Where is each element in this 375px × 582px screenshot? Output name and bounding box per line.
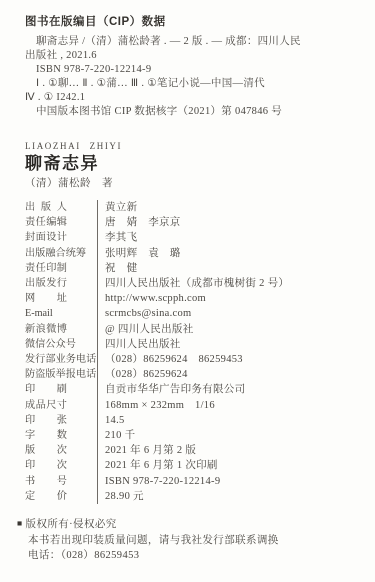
row-value: 黄立新 bbox=[97, 200, 357, 215]
row-value-email: scrmcbs@sina.com bbox=[97, 306, 357, 321]
row-value: 四川人民出版社 bbox=[97, 337, 357, 352]
book-title: 聊斋志异 bbox=[25, 154, 357, 174]
row-label: 新浪微博 bbox=[25, 322, 67, 337]
table-row-publisher-person: 出版人 黄立新 bbox=[25, 200, 357, 215]
row-value: 唐 婧 李京京 bbox=[97, 215, 357, 230]
contact-phone: 电话：（028）86259453 bbox=[17, 548, 357, 564]
row-label: 书号 bbox=[25, 474, 67, 489]
copyright-footer: ■版权所有·侵权必究 本书若出现印装质量问题，请与我社发行部联系调换 电话：（0… bbox=[17, 516, 357, 564]
table-row-edition: 版次 2021 年 6 月第 2 版 bbox=[25, 443, 357, 458]
quality-notice: 本书若出现印装质量问题，请与我社发行部联系调换 bbox=[17, 533, 357, 549]
row-value: 2021 年 6 月第 2 版 bbox=[97, 443, 357, 458]
row-value: 210 千 bbox=[97, 428, 357, 443]
table-row-cover-design: 封面设计 李其飞 bbox=[25, 230, 357, 245]
colophon-page: 图书在版编目（CIP）数据 聊斋志异 /（清）蒲松龄著 . — 2 版 . — … bbox=[0, 0, 375, 582]
row-value-price: 28.90 元 bbox=[97, 489, 357, 504]
row-label: 网址 bbox=[25, 291, 67, 306]
cip-line-classification: Ⅰ . ①聊… Ⅱ . ①蒲… Ⅲ . ①笔记小说—中国—清代 bbox=[25, 77, 357, 91]
row-value-phone: （028）86259624 bbox=[97, 367, 357, 382]
row-value: 张明辉 袁 璐 bbox=[97, 246, 357, 261]
title-pinyin: LIAOZHAI ZHIYI bbox=[25, 141, 357, 152]
table-row-word-count: 字数 210 千 bbox=[25, 428, 357, 443]
row-label: 微信公众号 bbox=[25, 337, 76, 352]
table-row-antipiracy-phone: 防盗版举报电话 （028）86259624 bbox=[25, 367, 357, 382]
black-square-icon: ■ bbox=[17, 518, 23, 528]
row-label: 成品尺寸 bbox=[25, 398, 67, 413]
table-row-wechat: 微信公众号 四川人民出版社 bbox=[25, 337, 357, 352]
row-value: 2021 年 6 月第 1 次印刷 bbox=[97, 458, 357, 473]
table-row-printer: 印刷 自贡市华华广告印务有限公司 bbox=[25, 382, 357, 397]
row-label: 防盗版举报电话 bbox=[25, 367, 96, 382]
row-value-phone: （028）86259624 86259453 bbox=[97, 352, 357, 367]
table-row-isbn: 书号 ISBN 978-7-220-12214-9 bbox=[25, 474, 357, 489]
row-value: 李其飞 bbox=[97, 230, 357, 245]
row-label: 出版融合统筹 bbox=[25, 246, 86, 261]
copyright-notice: ■版权所有·侵权必究 bbox=[17, 516, 357, 533]
row-value: 14.5 bbox=[97, 413, 357, 428]
row-value: 祝 健 bbox=[97, 261, 357, 276]
cip-line-record-number: 中国版本图书馆 CIP 数据核字（2021）第 047846 号 bbox=[25, 105, 357, 119]
row-label: 责任印制 bbox=[25, 261, 67, 276]
row-label: 封面设计 bbox=[25, 230, 67, 245]
row-label: 出版人 bbox=[25, 200, 67, 215]
table-row-weibo: 新浪微博 @ 四川人民出版社 bbox=[25, 322, 357, 337]
table-row-website: 网址 http://www.scpph.com bbox=[25, 291, 357, 306]
table-row-media-coordinator: 出版融合统筹 张明辉 袁 璐 bbox=[25, 246, 357, 261]
table-row-price: 定价 28.90 元 bbox=[25, 489, 357, 504]
row-value: 四川人民出版社（成都市槐树街 2 号） bbox=[97, 276, 357, 291]
row-value: @ 四川人民出版社 bbox=[97, 322, 357, 337]
cip-line: 聊斋志异 /（清）蒲松龄著 . — 2 版 . — 成都：四川人民 bbox=[25, 35, 357, 49]
row-value-isbn: ISBN 978-7-220-12214-9 bbox=[97, 474, 357, 489]
table-row-trim-size: 成品尺寸 168mm × 232mm 1/16 bbox=[25, 398, 357, 413]
row-label: 定价 bbox=[25, 489, 67, 504]
table-row-publisher: 出版发行 四川人民出版社（成都市槐树街 2 号） bbox=[25, 276, 357, 291]
row-value-website: http://www.scpph.com bbox=[97, 291, 357, 306]
publication-info-table: 出版人 黄立新 责任编辑 唐 婧 李京京 封面设计 李其飞 出版融合统筹 张明辉… bbox=[25, 200, 357, 504]
row-label: 字数 bbox=[25, 428, 67, 443]
row-label: 发行部业务电话 bbox=[25, 352, 96, 367]
row-label: 印刷 bbox=[25, 382, 67, 397]
row-value: 自贡市华华广告印务有限公司 bbox=[97, 382, 357, 397]
row-label: 印次 bbox=[25, 458, 67, 473]
row-label: 印张 bbox=[25, 413, 67, 428]
cip-line-class-number: Ⅳ . ① I242.1 bbox=[25, 91, 357, 105]
table-row-editor: 责任编辑 唐 婧 李京京 bbox=[25, 215, 357, 230]
author-line: （清）蒲松龄 著 bbox=[25, 177, 357, 191]
table-row-sales-phone: 发行部业务电话 （028）86259624 86259453 bbox=[25, 352, 357, 367]
row-label: E-mail bbox=[25, 306, 67, 321]
row-value: 168mm × 232mm 1/16 bbox=[97, 398, 357, 413]
cip-block: 图书在版编目（CIP）数据 聊斋志异 /（清）蒲松龄著 . — 2 版 . — … bbox=[25, 15, 357, 119]
table-row-printing: 印次 2021 年 6 月第 1 次印刷 bbox=[25, 458, 357, 473]
table-row-email: E-mail scrmcbs@sina.com bbox=[25, 306, 357, 321]
title-block: LIAOZHAI ZHIYI 聊斋志异 （清）蒲松龄 著 bbox=[25, 141, 357, 191]
table-row-print-supervisor: 责任印制 祝 健 bbox=[25, 261, 357, 276]
cip-line-isbn: ISBN 978-7-220-12214-9 bbox=[25, 63, 357, 77]
cip-header: 图书在版编目（CIP）数据 bbox=[25, 15, 357, 29]
copyright-text: 版权所有·侵权必究 bbox=[26, 519, 117, 530]
row-label: 出版发行 bbox=[25, 276, 67, 291]
cip-line: 出版社 , 2021.6 bbox=[25, 49, 357, 63]
table-row-sheets: 印张 14.5 bbox=[25, 413, 357, 428]
row-label: 责任编辑 bbox=[25, 215, 67, 230]
row-label: 版次 bbox=[25, 443, 67, 458]
